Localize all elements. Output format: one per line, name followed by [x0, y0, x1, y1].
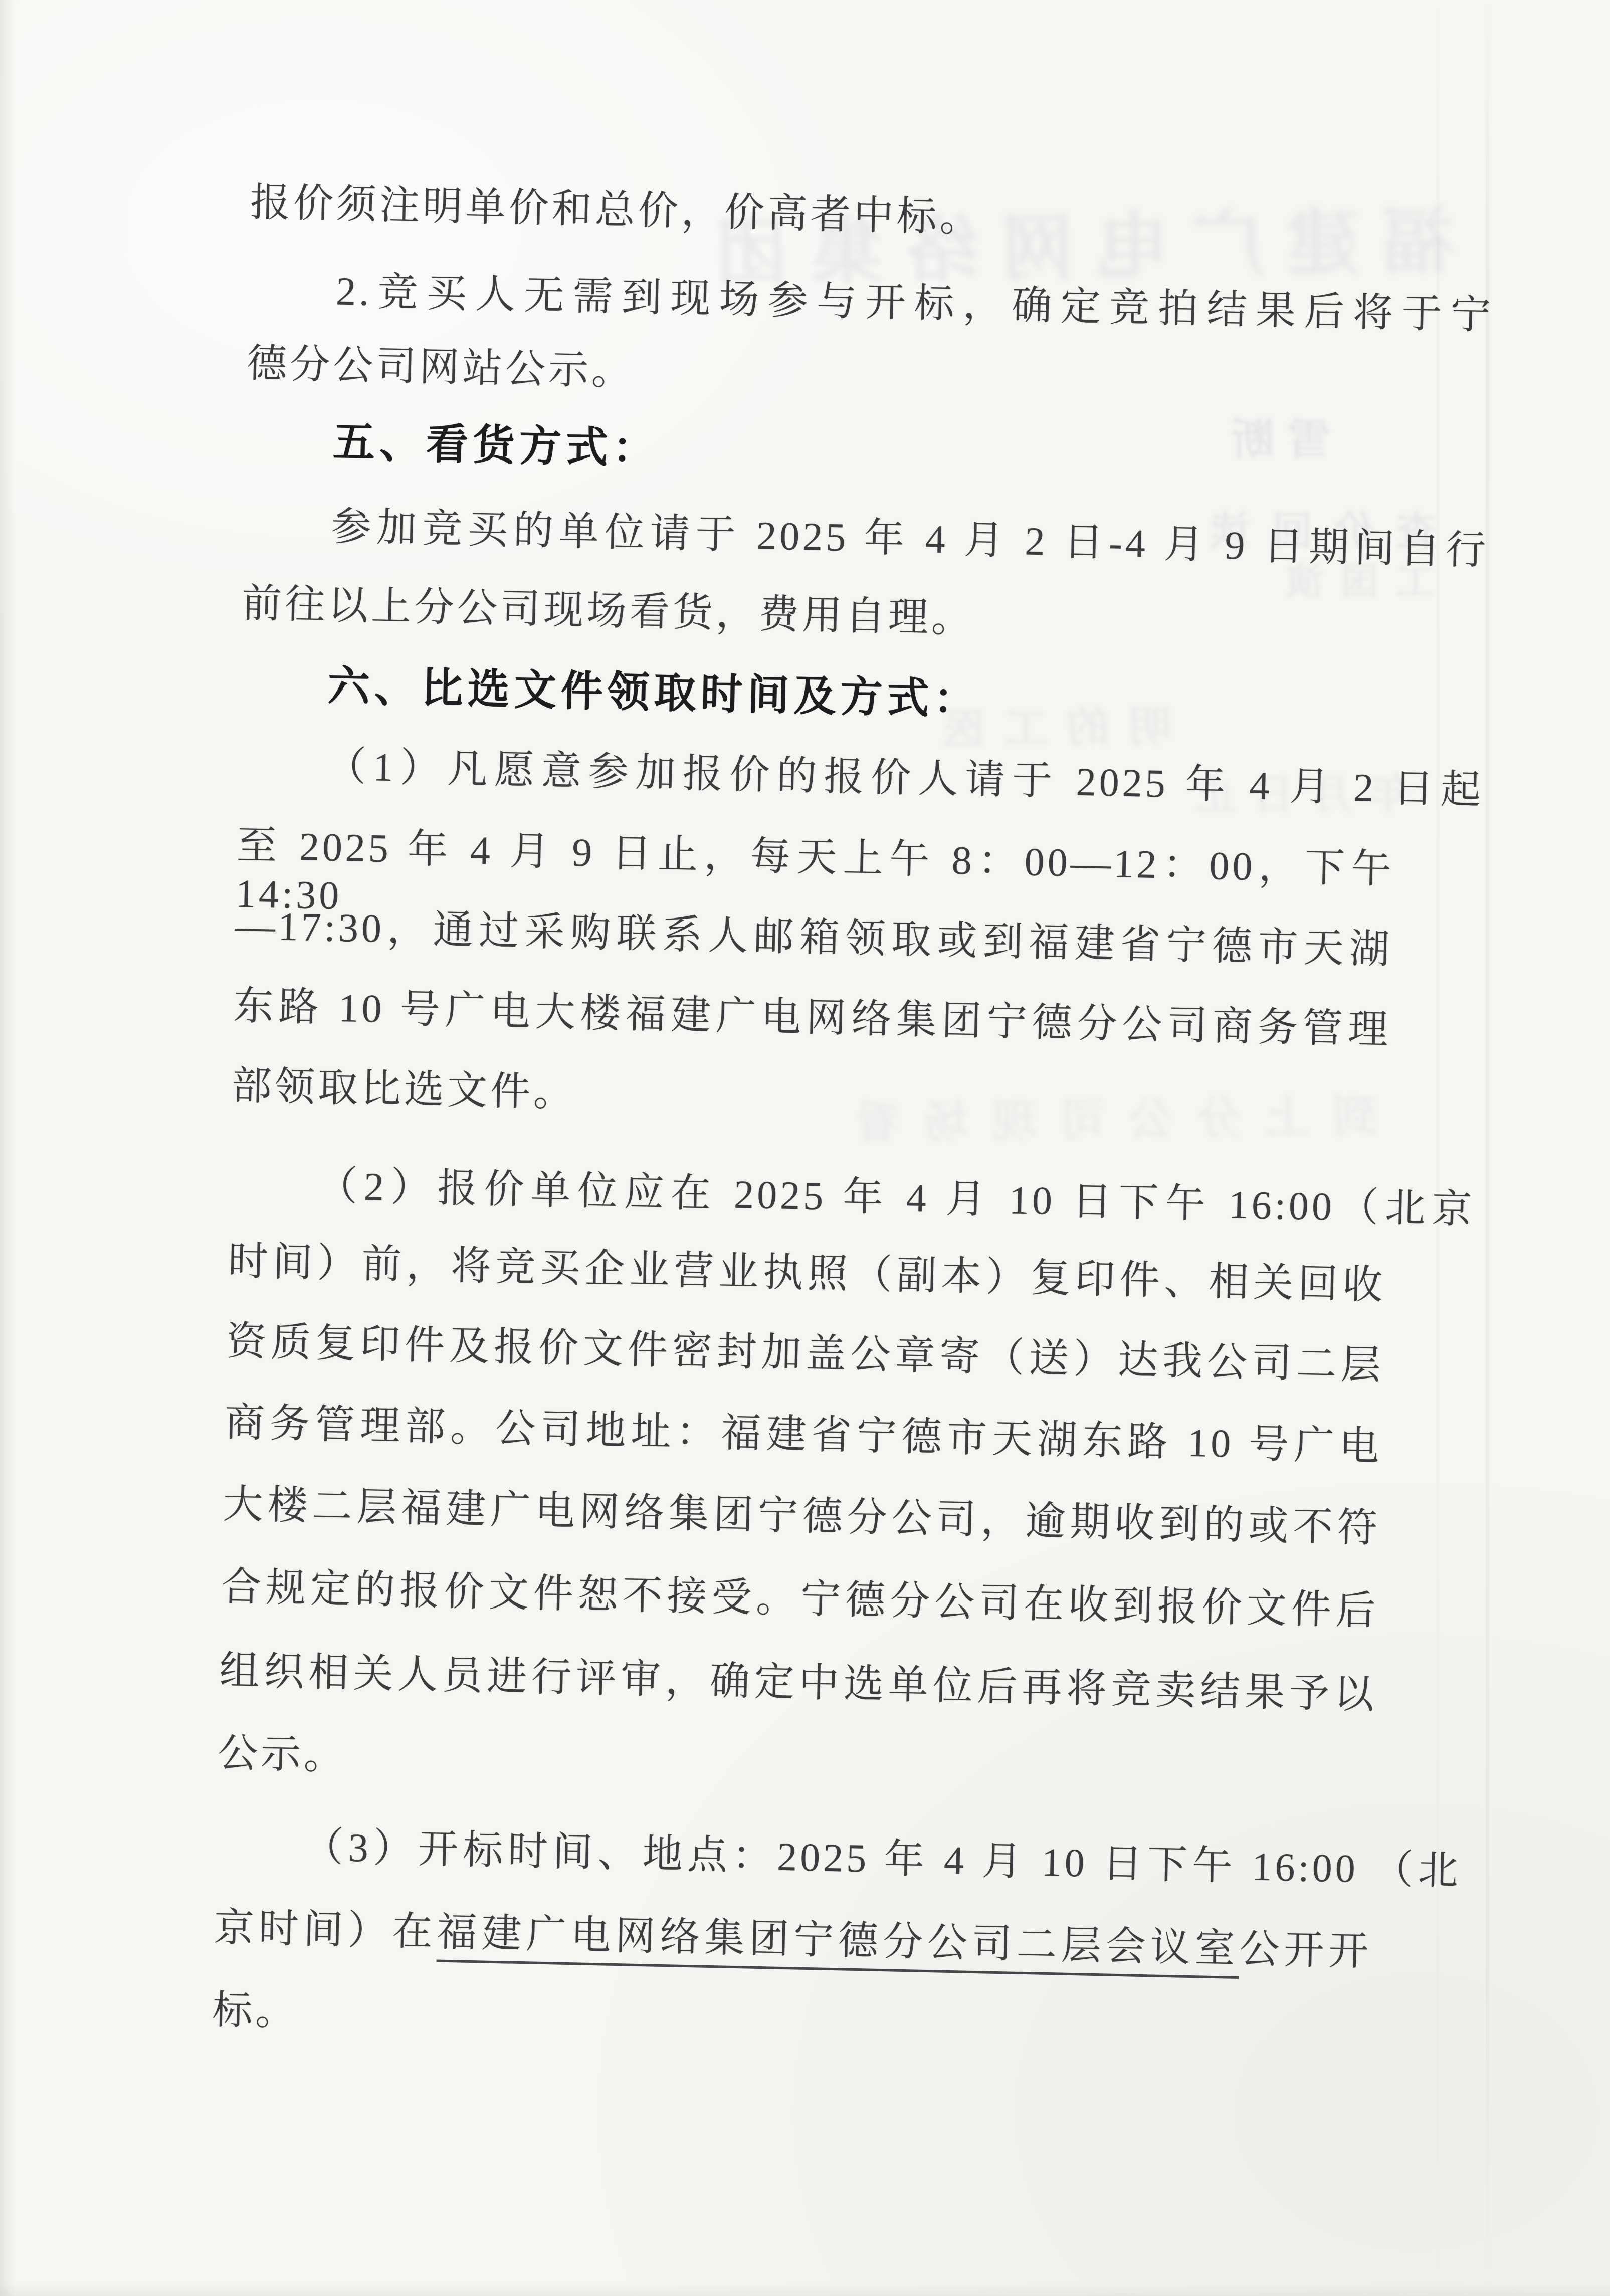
text-line: 前往以上分公司现场看货，费用自理。	[241, 580, 1400, 652]
text-line: （1）凡愿意参加报价的报价人请于 2025 年 4 月 2 日起	[238, 741, 1484, 815]
text-line: 德分公司网站公示。	[246, 340, 1405, 412]
text-line: 商务管理部。公司地址：福建省宁德市天湖东路 10 号广电	[224, 1399, 1383, 1471]
text-line: 大楼二层福建广电网络集团宁德分公司，逾期收到的或不符	[223, 1480, 1381, 1552]
text-segment: 公开开	[1239, 1927, 1372, 1974]
text-line: （2）报价单位应在 2025 年 4 月 10 日下午 16:00（北京	[229, 1160, 1475, 1234]
text-line: 报价须注明单价和总价，价高者中标。	[250, 179, 1408, 251]
text-line: 资质复印件及报价文件密封加盖公章寄（送）达我公司二层	[226, 1318, 1384, 1390]
text-line: 合规定的报价文件恕不接受。宁德分公司在收到报价文件后	[221, 1563, 1379, 1635]
text-line: （3）开标时间、地点：2025 年 4 月 10 日下午 16:00 （北	[215, 1821, 1461, 1895]
text-line: 公示。	[217, 1729, 1376, 1801]
text-line-with-underline: 京时间）在福建广电网络集团宁德分公司二层会议室公开开	[214, 1904, 1372, 1976]
scanner-streak	[1486, 0, 1489, 2296]
section-heading-6: 六、比选文件领取时间及方式：	[240, 659, 1486, 736]
text-line: 参加竞买的单位请于 2025 年 4 月 2 日-4 月 9 日期间自行	[243, 501, 1489, 575]
text-line: 2.竞买人无需到现场参与开标，确定竞拍结果后将于宁	[248, 266, 1494, 340]
text-line: 部领取比选文件。	[231, 1062, 1390, 1134]
text-line: 组织相关人员进行评审，确定中选单位后再将竞卖结果予以	[219, 1647, 1378, 1719]
scanner-edge-shadow-bottom	[0, 2283, 1610, 2296]
text-line: 标。	[212, 1986, 1370, 2058]
underlined-venue: 福建广电网络集团宁德分公司二层会议室	[436, 1911, 1240, 1979]
text-segment: 京时间）在	[214, 1906, 438, 1954]
scanner-streak	[1437, 0, 1439, 2296]
scanned-document-page: 福建广电网络集团 雪断 查价回读 工国演 明的工医 年月日止 到上分公司现场看 …	[0, 0, 1610, 2296]
text-line: 东路 10 号广电大楼福建广电网络集团宁德分公司商务管理	[233, 982, 1391, 1054]
text-line: 时间）前，将竞买企业营业执照（副本）复印件、相关回收	[228, 1238, 1386, 1310]
document-text-block: 报价须注明单价和总价，价高者中标。 2.竞买人无需到现场参与开标，确定竞拍结果后…	[211, 179, 1408, 2107]
section-heading-5: 五、看货方式：	[245, 415, 1491, 492]
scanner-edge-shadow-left	[0, 0, 15, 2296]
